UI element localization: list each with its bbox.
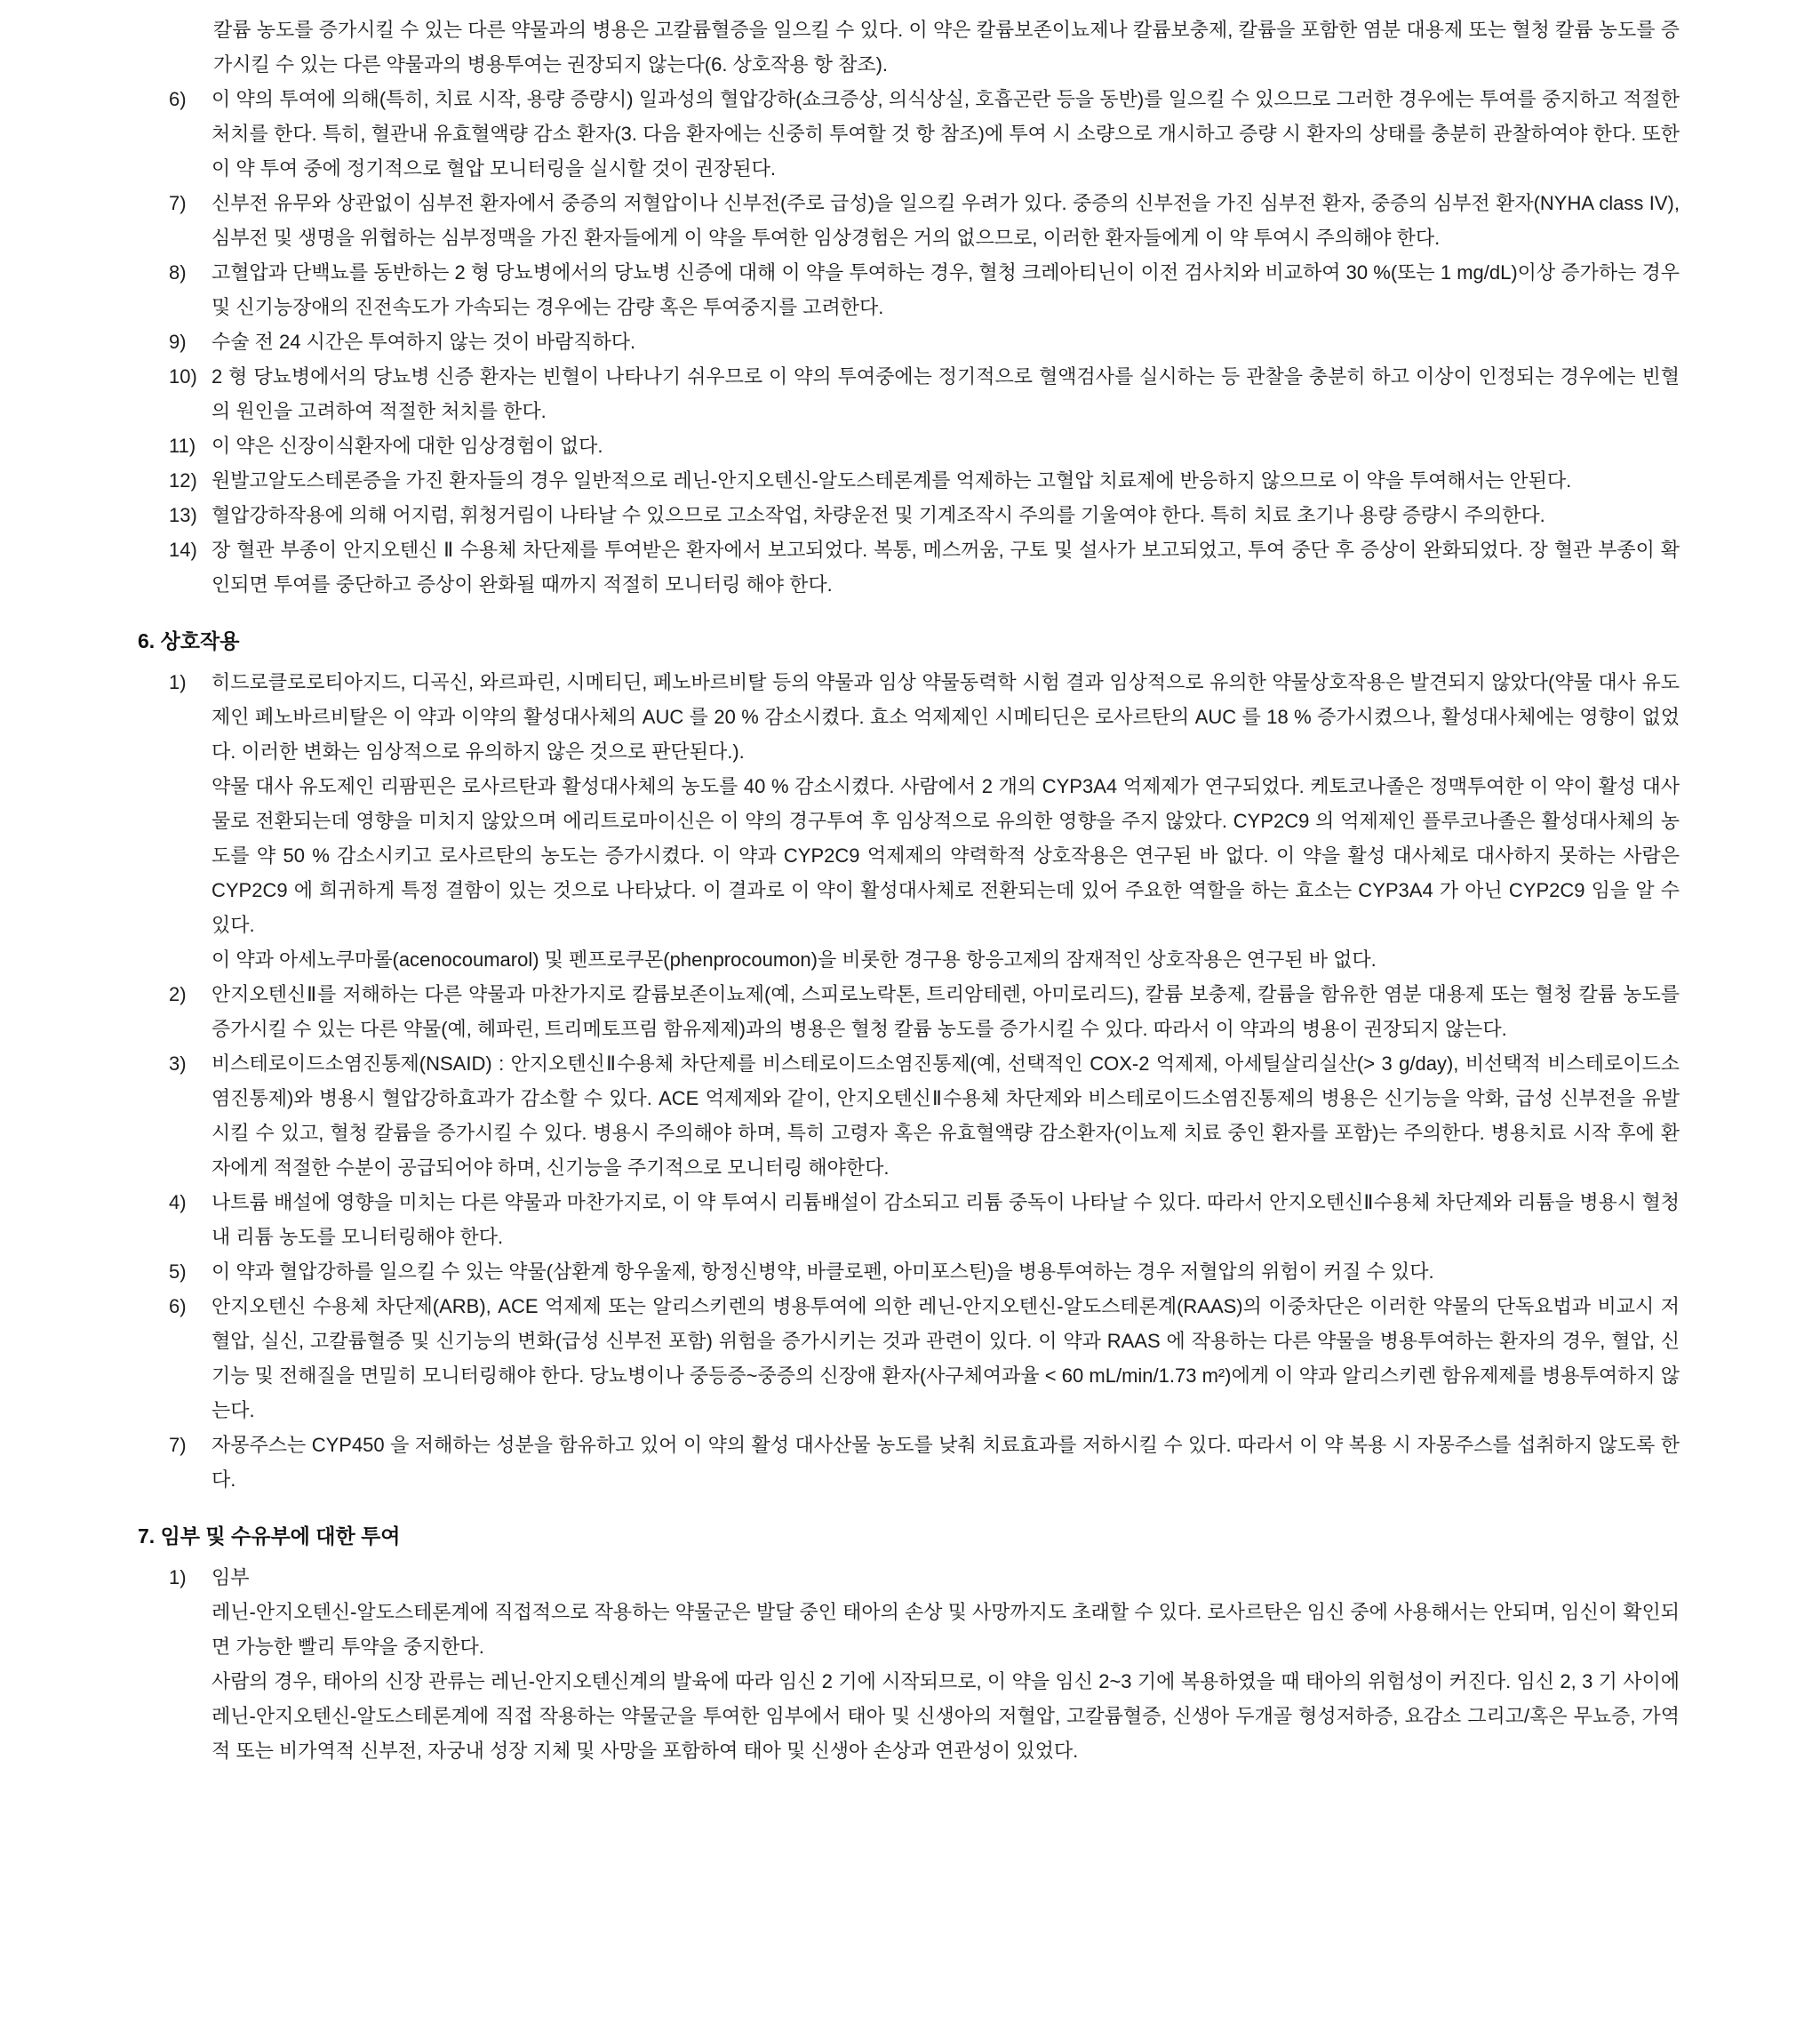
list-item-text: 임부 레닌-안지오텐신-알도스테론계에 직접적으로 작용하는 약물군은 발달 중… — [212, 1560, 1680, 1768]
list-item: 1) 히드로클로로티아지드, 디곡신, 와르파린, 시메티딘, 페노바르비탈 등… — [169, 665, 1680, 977]
list-item: 4) 나트륨 배설에 영향을 미치는 다른 약물과 마찬가지로, 이 약 투여시… — [169, 1185, 1680, 1254]
section-pregnancy-heading: 7. 임부 및 수유부에 대한 투여 — [138, 1519, 1680, 1554]
list-item: 7) 신부전 유무와 상관없이 심부전 환자에서 중증의 저혈압이나 신부전(주… — [169, 186, 1680, 255]
list-item: 3) 비스테로이드소염진통제(NSAID) : 안지오텐신Ⅱ수용체 차단제를 비… — [169, 1046, 1680, 1185]
paragraph: 안지오텐신Ⅱ를 저해하는 다른 약물과 마찬가지로 칼륨보존이뇨제(예, 스피로… — [212, 977, 1680, 1046]
list-item: 14) 장 혈관 부종이 안지오텐신 Ⅱ 수용체 차단제를 투여받은 환자에서 … — [169, 532, 1680, 602]
list-item: 10) 2 형 당뇨병에서의 당뇨병 신증 환자는 빈혈이 나타나기 쉬우므로 … — [169, 359, 1680, 428]
list-item-text: 신부전 유무와 상관없이 심부전 환자에서 중증의 저혈압이나 신부전(주로 급… — [212, 186, 1680, 255]
list-item-text: 이 약의 투여에 의해(특히, 치료 시작, 용량 증량시) 일과성의 혈압강하… — [212, 82, 1680, 186]
list-item-number: 5) — [169, 1254, 212, 1289]
paragraph: 칼륨 농도를 증가시킬 수 있는 다른 약물과의 병용은 고칼륨혈증을 일으킬 … — [213, 12, 1680, 82]
list-item-number: 10) — [169, 359, 212, 394]
list-item-text: 장 혈관 부종이 안지오텐신 Ⅱ 수용체 차단제를 투여받은 환자에서 보고되었… — [212, 532, 1680, 602]
list-item: 13) 혈압강하작용에 의해 어지럼, 휘청거림이 나타날 수 있으므로 고소작… — [169, 498, 1680, 532]
list-item-text: 혈압강하작용에 의해 어지럼, 휘청거림이 나타날 수 있으므로 고소작업, 차… — [212, 498, 1680, 532]
paragraph: 히드로클로로티아지드, 디곡신, 와르파린, 시메티딘, 페노바르비탈 등의 약… — [212, 665, 1680, 769]
list-item-text: 수술 전 24 시간은 투여하지 않는 것이 바람직하다. — [212, 324, 1680, 359]
list-item-number: 14) — [169, 532, 212, 567]
list-item: 9) 수술 전 24 시간은 투여하지 않는 것이 바람직하다. — [169, 324, 1680, 359]
list-item-text: 자몽주스는 CYP450 을 저해하는 성분을 함유하고 있어 이 약의 활성 … — [212, 1428, 1680, 1497]
paragraph: 약물 대사 유도제인 리팜핀은 로사르탄과 활성대사체의 농도를 40 % 감소… — [212, 769, 1680, 942]
list-item-text: 고혈압과 단백뇨를 동반하는 2 형 당뇨병에서의 당뇨병 신증에 대해 이 약… — [212, 255, 1680, 324]
list-item: 11) 이 약은 신장이식환자에 대한 임상경험이 없다. — [169, 428, 1680, 463]
list-item-number: 12) — [169, 463, 212, 498]
list-item-number: 13) — [169, 498, 212, 532]
list-item-number: 11) — [169, 428, 212, 463]
paragraph: 나트륨 배설에 영향을 미치는 다른 약물과 마찬가지로, 이 약 투여시 리튬… — [212, 1185, 1680, 1254]
list-item-label: 임부 — [212, 1560, 1680, 1595]
list-item: 8) 고혈압과 단백뇨를 동반하는 2 형 당뇨병에서의 당뇨병 신증에 대해 … — [169, 255, 1680, 324]
pregnancy-list: 1) 임부 레닌-안지오텐신-알도스테론계에 직접적으로 작용하는 약물군은 발… — [138, 1560, 1680, 1768]
paragraph: 이 약과 아세노쿠마롤(acenocoumarol) 및 펜프로쿠몬(phenp… — [212, 942, 1680, 977]
list-item-text: 이 약과 혈압강하를 일으킬 수 있는 약물(삼환계 항우울제, 항정신병약, … — [212, 1254, 1680, 1289]
list-item-number: 2) — [169, 977, 212, 1012]
list-item: 6) 안지오텐신 수용체 차단제(ARB), ACE 억제제 또는 알리스키렌의… — [169, 1289, 1680, 1428]
list-item-number: 8) — [169, 255, 212, 290]
paragraph: 이 약과 혈압강하를 일으킬 수 있는 약물(삼환계 항우울제, 항정신병약, … — [212, 1254, 1680, 1289]
paragraph: 레닌-안지오텐신-알도스테론계에 직접적으로 작용하는 약물군은 발달 중인 태… — [212, 1595, 1680, 1664]
list-item-number: 6) — [169, 82, 212, 116]
list-item-number: 1) — [169, 665, 212, 700]
list-item-text: 나트륨 배설에 영향을 미치는 다른 약물과 마찬가지로, 이 약 투여시 리튬… — [212, 1185, 1680, 1254]
list-item-number: 6) — [169, 1289, 212, 1324]
list-item-text: 원발고알도스테론증을 가진 환자들의 경우 일반적으로 레닌-안지오텐신-알도스… — [212, 463, 1680, 498]
list-continuation-paragraph: 칼륨 농도를 증가시킬 수 있는 다른 약물과의 병용은 고칼륨혈증을 일으킬 … — [213, 12, 1680, 82]
precautions-list: 6) 이 약의 투여에 의해(특히, 치료 시작, 용량 증량시) 일과성의 혈… — [138, 82, 1680, 602]
paragraph: 비스테로이드소염진통제(NSAID) : 안지오텐신Ⅱ수용체 차단제를 비스테로… — [212, 1046, 1680, 1185]
list-item: 1) 임부 레닌-안지오텐신-알도스테론계에 직접적으로 작용하는 약물군은 발… — [169, 1560, 1680, 1768]
list-item-text: 히드로클로로티아지드, 디곡신, 와르파린, 시메티딘, 페노바르비탈 등의 약… — [212, 665, 1680, 977]
list-item: 6) 이 약의 투여에 의해(특히, 치료 시작, 용량 증량시) 일과성의 혈… — [169, 82, 1680, 186]
document-page: 칼륨 농도를 증가시킬 수 있는 다른 약물과의 병용은 고칼륨혈증을 일으킬 … — [0, 0, 1820, 2040]
paragraph: 사람의 경우, 태아의 신장 관류는 레닌-안지오텐신계의 발육에 따라 임신 … — [212, 1664, 1680, 1768]
section-interactions-heading: 6. 상호작용 — [138, 624, 1680, 659]
paragraph: 안지오텐신 수용체 차단제(ARB), ACE 억제제 또는 알리스키렌의 병용… — [212, 1289, 1680, 1428]
list-item: 5) 이 약과 혈압강하를 일으킬 수 있는 약물(삼환계 항우울제, 항정신병… — [169, 1254, 1680, 1289]
list-item: 2) 안지오텐신Ⅱ를 저해하는 다른 약물과 마찬가지로 칼륨보존이뇨제(예, … — [169, 977, 1680, 1046]
list-item-text: 2 형 당뇨병에서의 당뇨병 신증 환자는 빈혈이 나타나기 쉬우므로 이 약의… — [212, 359, 1680, 428]
list-item-number: 7) — [169, 186, 212, 220]
list-item-number: 1) — [169, 1560, 212, 1595]
interactions-list: 1) 히드로클로로티아지드, 디곡신, 와르파린, 시메티딘, 페노바르비탈 등… — [138, 665, 1680, 1497]
list-item-number: 7) — [169, 1428, 212, 1462]
list-item-text: 안지오텐신 수용체 차단제(ARB), ACE 억제제 또는 알리스키렌의 병용… — [212, 1289, 1680, 1428]
list-item: 12) 원발고알도스테론증을 가진 환자들의 경우 일반적으로 레닌-안지오텐신… — [169, 463, 1680, 498]
list-item-number: 9) — [169, 324, 212, 359]
list-item: 7) 자몽주스는 CYP450 을 저해하는 성분을 함유하고 있어 이 약의 … — [169, 1428, 1680, 1497]
list-item-text: 안지오텐신Ⅱ를 저해하는 다른 약물과 마찬가지로 칼륨보존이뇨제(예, 스피로… — [212, 977, 1680, 1046]
list-item-number: 3) — [169, 1046, 212, 1081]
list-item-text: 이 약은 신장이식환자에 대한 임상경험이 없다. — [212, 428, 1680, 463]
list-item-text: 비스테로이드소염진통제(NSAID) : 안지오텐신Ⅱ수용체 차단제를 비스테로… — [212, 1046, 1680, 1185]
list-item-number: 4) — [169, 1185, 212, 1220]
paragraph: 자몽주스는 CYP450 을 저해하는 성분을 함유하고 있어 이 약의 활성 … — [212, 1428, 1680, 1497]
